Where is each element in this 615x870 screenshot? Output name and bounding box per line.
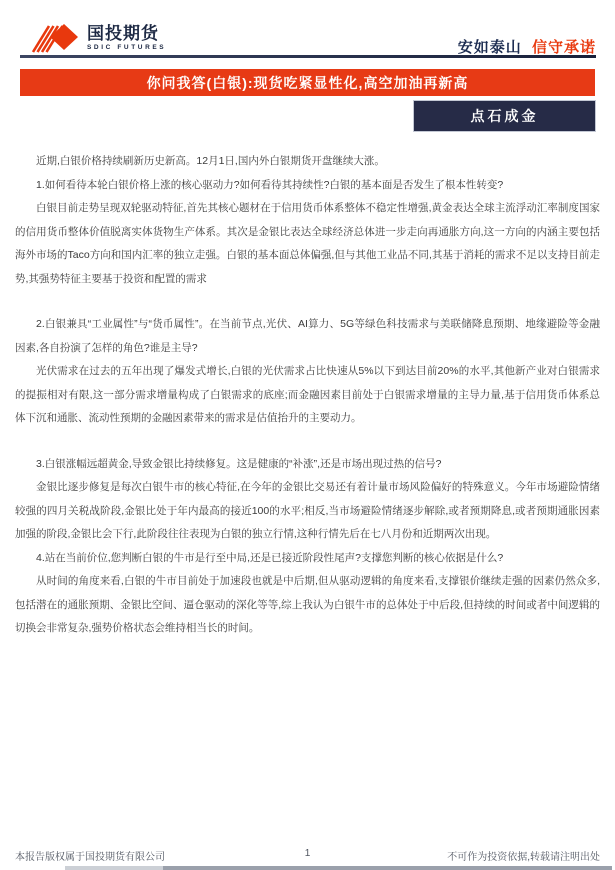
slogan-part-red: 信守承诺: [532, 39, 596, 56]
answer-paragraph: 光伏需求在过去的五年出现了爆发式增长,白银的光伏需求占比快速从5%以下到达目前2…: [15, 360, 600, 431]
company-logo: 国投期货 SDIC FUTURES: [31, 23, 166, 53]
series-badge: 点石成金: [413, 100, 596, 132]
sdic-logo-icon: [31, 23, 79, 53]
question-paragraph: 2.白银兼具“工业属性”与“货币属性”。在当前节点,光伏、AI算力、5G等绿色科…: [15, 313, 600, 360]
slogan-part-navy: 安如泰山: [458, 39, 522, 56]
question-paragraph: 3.白银涨幅远超黄金,导致金银比持续修复。这是健康的“补涨”,还是市场出现过热的…: [15, 453, 600, 477]
answer-paragraph: 从时间的角度来看,白银的牛市目前处于加速段也就是中后期,但从驱动逻辑的角度来看,…: [15, 570, 600, 641]
header-divider: [20, 55, 596, 58]
company-name: 国投期货 SDIC FUTURES: [87, 25, 166, 51]
report-title: 你问我答(白银):现货吃紧显性化,高空加油再新高: [147, 73, 469, 93]
question-paragraph: 4.站在当前价位,您判断白银的牛市是行至中局,还是已接近阶段性尾声?支撑您判断的…: [15, 547, 600, 571]
article-body: 近期,白银价格持续刷新历史新高。12月1日,国内外白银期货开盘继续大涨。 1.如…: [15, 150, 600, 641]
intro-paragraph: 近期,白银价格持续刷新历史新高。12月1日,国内外白银期货开盘继续大涨。: [15, 150, 600, 174]
company-slogan: 安如泰山 信守承诺: [458, 36, 596, 57]
page-footer: 本报告版权属于国投期货有限公司 1 不可作为投资依据,转载请注明出处: [15, 848, 600, 864]
disclaimer-note: 不可作为投资依据,转载请注明出处: [447, 848, 600, 863]
page-number: 1: [305, 848, 311, 859]
question-paragraph: 1.如何看待本轮白银价格上涨的核心驱动力?如何看待其持续性?白银的基本面是否发生…: [15, 174, 600, 198]
copyright-note: 本报告版权属于国投期货有限公司: [15, 848, 165, 863]
page-edge-shadow: [163, 866, 612, 870]
page-edge-shadow: [65, 866, 163, 870]
company-name-en: SDIC FUTURES: [87, 44, 166, 51]
report-page: 国投期货 SDIC FUTURES 安如泰山 信守承诺 你问我答(白银):现货吃…: [0, 0, 615, 870]
report-title-banner: 你问我答(白银):现货吃紧显性化,高空加油再新高: [20, 69, 595, 96]
answer-paragraph: 白银目前走势呈现双轮驱动特征,首先其核心题材在于信用货币体系整体不稳定性增强,黄…: [15, 197, 600, 291]
company-name-cn: 国投期货: [87, 25, 166, 43]
answer-paragraph: 金银比逐步修复是每次白银牛市的核心特征,在今年的金银比交易还有着计量市场风险偏好…: [15, 476, 600, 547]
series-badge-label: 点石成金: [471, 106, 539, 126]
